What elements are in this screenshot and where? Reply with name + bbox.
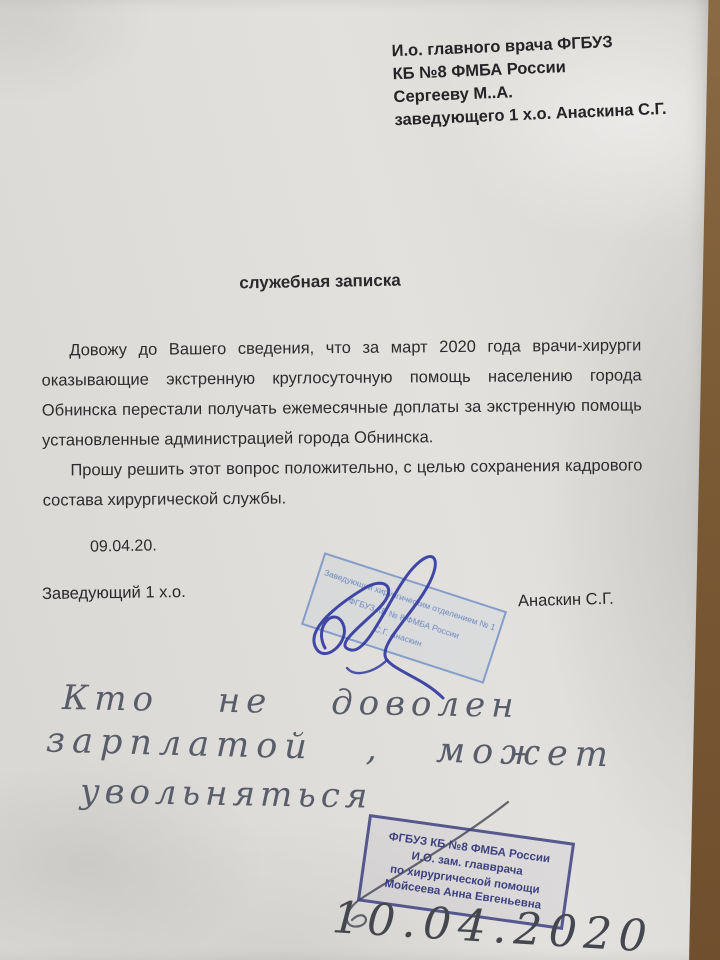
memo-body: Довожу до Вашего сведения, что за март 2… (41, 330, 643, 515)
body-line: Обнинска перестали получать ежемесячные … (42, 390, 642, 425)
memo-date: 09.04.20. (90, 537, 157, 556)
signature-author-name: Анаскин С.Г. (518, 590, 614, 611)
signature-position-title: Заведующий 1 х.о. (42, 583, 186, 604)
memo-paper: И.о. главного врача ФГБУЗ КБ №8 ФМБА Рос… (0, 0, 720, 960)
body-line: Прошу решить этот вопрос положительно, с… (42, 450, 642, 485)
handwritten-note-line: Кто не доволен (62, 678, 520, 726)
handwritten-note-line: увольняться (80, 771, 373, 816)
handwritten-note-line: зарплатой , может (46, 721, 616, 776)
body-line: состава хирургической службы. (43, 480, 643, 515)
memo-title: служебная записка (180, 270, 460, 295)
recipient-block: И.о. главного врача ФГБУЗ КБ №8 ФМБА Рос… (391, 28, 695, 132)
